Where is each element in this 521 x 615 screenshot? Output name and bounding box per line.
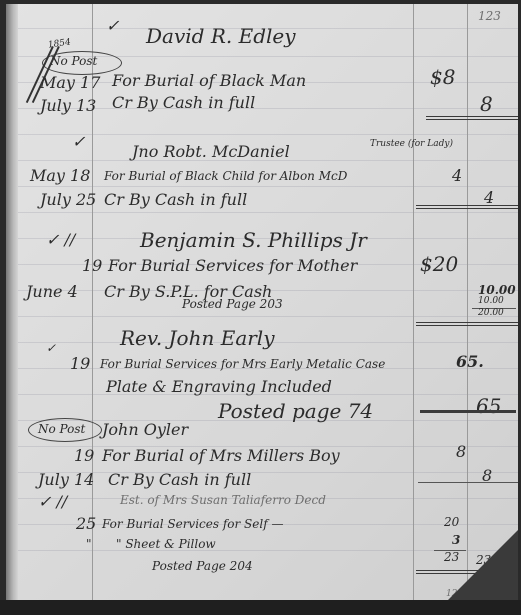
check-mark: ✓ // [38, 494, 67, 510]
credit-total: 20.00 [478, 309, 504, 318]
debit-amount: 8 [456, 444, 466, 460]
total-rule [416, 322, 518, 326]
debit-amount: 4 [452, 168, 462, 184]
account-name: Benjamin S. Phillips Jr [140, 230, 367, 250]
book-bottom-edge [0, 600, 521, 615]
total-rule [426, 116, 518, 120]
entry-description: For Burial of Black Child for Albon McD [104, 170, 347, 182]
account-name: Est. of Mrs Susan Taliaferro Decd [120, 494, 326, 506]
entry-date: 19 [70, 356, 90, 372]
page-binding-edge [6, 4, 18, 600]
total-rule [420, 410, 516, 413]
entry-date: May 17 [40, 75, 100, 91]
entry-date: July 25 [40, 192, 96, 208]
debit-amount: $20 [420, 254, 458, 274]
entry-description: Cr By Cash in full [112, 95, 255, 111]
credit-amount: 8 [480, 94, 493, 114]
account-name: Jno Robt. McDaniel [132, 144, 290, 160]
page-corner-shadow [448, 530, 518, 600]
margin-note: No Post [50, 55, 97, 67]
debit-column-line [413, 4, 414, 600]
entry-description: Cr By Cash in full [108, 472, 251, 488]
entry-description: Plate & Engraving Included [106, 379, 332, 395]
check-mark: ✓ [72, 134, 85, 150]
account-name: Rev. John Early [120, 328, 275, 348]
posted-note: Posted page 74 [218, 401, 373, 421]
entry-date: July 13 [40, 98, 96, 114]
total-rule [416, 205, 518, 209]
entry-date: 19 [74, 448, 94, 464]
posted-note: Posted Page 204 [152, 560, 253, 572]
debit-amount: 20 [444, 516, 459, 528]
entry-description: Cr By Cash in full [104, 192, 247, 208]
total-rule [418, 482, 518, 483]
margin-line [92, 4, 93, 600]
ledger-page: 123 1854 ✓ David R. Edley No Post May 17… [6, 4, 518, 600]
debit-amount: $8 [430, 67, 455, 87]
entry-description: For Burial Services for Mother [108, 258, 357, 274]
entry-date: " [86, 538, 92, 550]
debit-amount: 65. [456, 354, 484, 370]
credit-amount: 65 [476, 396, 501, 416]
credit-amount: 10.00 [478, 297, 504, 306]
page-number-top: 123 [478, 10, 501, 22]
entry-description: For Burial Services for Self — [102, 518, 283, 530]
credit-column-line [467, 4, 468, 600]
entry-description: For Burial of Black Man [112, 73, 306, 89]
entry-description: For Burial Services for Mrs Early Metali… [100, 358, 385, 370]
account-name: John Oyler [102, 422, 188, 438]
check-mark: ✓ [106, 18, 119, 34]
account-name: David R. Edley [146, 26, 296, 46]
check-mark: ✓ // [46, 232, 75, 248]
margin-note: No Post [38, 423, 85, 435]
entry-date: May 18 [30, 168, 90, 184]
account-name-note: Trustee (for Lady) [370, 140, 453, 149]
entry-date: July 14 [38, 472, 94, 488]
check-mark: ✓ [46, 342, 56, 354]
entry-date: 25 [76, 516, 96, 532]
entry-date: June 4 [26, 284, 78, 300]
credit-amount: 10.00 [478, 284, 516, 296]
entry-description: For Burial of Mrs Millers Boy [102, 448, 340, 464]
credit-amount: 4 [484, 190, 494, 206]
entry-date: 19 [82, 258, 102, 274]
posted-note: Posted Page 203 [182, 298, 283, 310]
entry-description: " Sheet & Pillow [116, 538, 216, 550]
